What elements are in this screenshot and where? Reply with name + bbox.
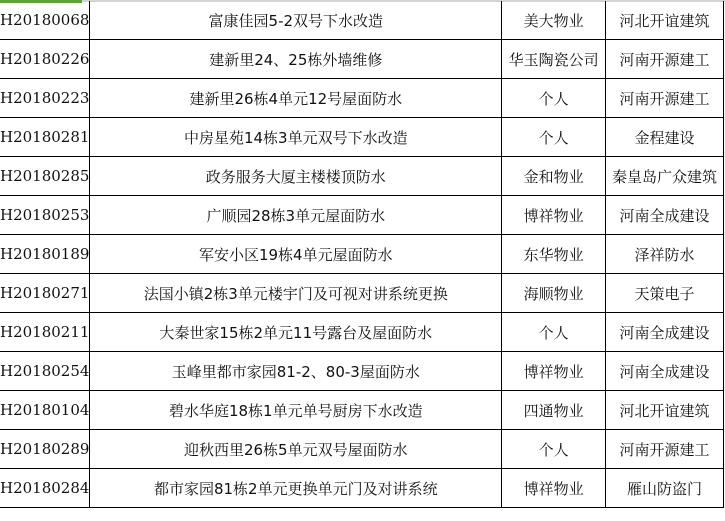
table-row: H20180189 军安小区19栋4单元屋面防水 东华物业 泽祥防水 [0, 235, 724, 274]
cell-contractor[interactable]: 河南全成建设 [606, 196, 724, 235]
cell-project-name[interactable]: 广顺园28栋3单元屋面防水 [90, 196, 502, 235]
cell-project-name[interactable]: 中房星苑14栋3单元双号下水改造 [90, 118, 502, 157]
cell-project-name[interactable]: 碧水华庭18栋1单元单号厨房下水改造 [90, 391, 502, 430]
cell-contractor[interactable]: 河北开谊建筑 [606, 391, 724, 430]
table-row: H20180104 碧水华庭18栋1单元单号厨房下水改造 四通物业 河北开谊建筑 [0, 391, 724, 430]
table-row: H20180211 大秦世家15栋2单元11号露台及屋面防水 个人 河南全成建设 [0, 313, 724, 352]
cell-project-name[interactable]: 大秦世家15栋2单元11号露台及屋面防水 [90, 313, 502, 352]
cell-project-id[interactable]: H20180068 [0, 1, 90, 40]
table-row: H20180281 中房星苑14栋3单元双号下水改造 个人 金程建设 [0, 118, 724, 157]
spreadsheet-body: H20180068 富康佳园5-2双号下水改造 美大物业 河北开谊建筑 H201… [0, 1, 724, 508]
cell-project-name[interactable]: 玉峰里都市家园81-2、80-3屋面防水 [90, 352, 502, 391]
cell-project-id[interactable]: H20180253 [0, 196, 90, 235]
cell-project-id[interactable]: H20180211 [0, 313, 90, 352]
table-row: H20180226 建新里24、25栋外墙维修 华玉陶瓷公司 河南开源建工 [0, 40, 724, 79]
cell-owner[interactable]: 个人 [502, 118, 606, 157]
table-row: H20180285 政务服务大厦主楼楼顶防水 金和物业 秦皇岛广众建筑 [0, 157, 724, 196]
cell-contractor[interactable]: 金程建设 [606, 118, 724, 157]
cell-project-id[interactable]: H20180254 [0, 352, 90, 391]
cell-project-name[interactable]: 法国小镇2栋3单元楼宇门及可视对讲系统更换 [90, 274, 502, 313]
cell-contractor[interactable]: 秦皇岛广众建筑 [606, 157, 724, 196]
cell-project-id[interactable]: H20180281 [0, 118, 90, 157]
cell-project-id[interactable]: H20180104 [0, 391, 90, 430]
table-row: H20180271 法国小镇2栋3单元楼宇门及可视对讲系统更换 海顺物业 天策电… [0, 274, 724, 313]
cell-project-name[interactable]: 迎秋西里26栋5单元双号屋面防水 [90, 430, 502, 469]
cell-contractor[interactable]: 河南全成建设 [606, 313, 724, 352]
table-row: H20180068 富康佳园5-2双号下水改造 美大物业 河北开谊建筑 [0, 1, 724, 40]
cell-contractor[interactable]: 天策电子 [606, 274, 724, 313]
table-row: H20180253 广顺园28栋3单元屋面防水 博祥物业 河南全成建设 [0, 196, 724, 235]
cell-project-id[interactable]: H20180223 [0, 79, 90, 118]
cell-contractor[interactable]: 河北开谊建筑 [606, 1, 724, 40]
table-row: H20180289 迎秋西里26栋5单元双号屋面防水 个人 河南开源建工 [0, 430, 724, 469]
cell-project-id[interactable]: H20180226 [0, 40, 90, 79]
cell-project-name[interactable]: 建新里24、25栋外墙维修 [90, 40, 502, 79]
cell-contractor[interactable]: 泽祥防水 [606, 235, 724, 274]
cell-project-name[interactable]: 政务服务大厦主楼楼顶防水 [90, 157, 502, 196]
table-row: H20180284 都市家园81栋2单元更换单元门及对讲系统 博祥物业 雁山防盗… [0, 469, 724, 508]
cell-contractor[interactable]: 河南开源建工 [606, 40, 724, 79]
cell-project-name[interactable]: 建新里26栋4单元12号屋面防水 [90, 79, 502, 118]
cell-project-id[interactable]: H20180271 [0, 274, 90, 313]
cell-owner[interactable]: 个人 [502, 313, 606, 352]
cell-owner[interactable]: 美大物业 [502, 1, 606, 40]
cell-project-id[interactable]: H20180285 [0, 157, 90, 196]
cell-owner[interactable]: 四通物业 [502, 391, 606, 430]
cell-project-id[interactable]: H20180189 [0, 235, 90, 274]
cell-owner[interactable]: 华玉陶瓷公司 [502, 40, 606, 79]
cell-owner[interactable]: 海顺物业 [502, 274, 606, 313]
cell-project-id[interactable]: H20180284 [0, 469, 90, 508]
cell-contractor[interactable]: 雁山防盗门 [606, 469, 724, 508]
cell-owner[interactable]: 金和物业 [502, 157, 606, 196]
cell-project-name[interactable]: 军安小区19栋4单元屋面防水 [90, 235, 502, 274]
cell-owner[interactable]: 个人 [502, 79, 606, 118]
cell-project-id[interactable]: H20180289 [0, 430, 90, 469]
cell-contractor[interactable]: 河南全成建设 [606, 352, 724, 391]
cell-owner[interactable]: 东华物业 [502, 235, 606, 274]
table-row: H20180223 建新里26栋4单元12号屋面防水 个人 河南开源建工 [0, 79, 724, 118]
cell-project-name[interactable]: 都市家园81栋2单元更换单元门及对讲系统 [90, 469, 502, 508]
cell-contractor[interactable]: 河南开源建工 [606, 79, 724, 118]
spreadsheet-table: H20180068 富康佳园5-2双号下水改造 美大物业 河北开谊建筑 H201… [0, 1, 724, 508]
table-row: H20180254 玉峰里都市家园81-2、80-3屋面防水 博祥物业 河南全成… [0, 352, 724, 391]
cell-project-name[interactable]: 富康佳园5-2双号下水改造 [90, 1, 502, 40]
cell-owner[interactable]: 博祥物业 [502, 196, 606, 235]
cell-owner[interactable]: 博祥物业 [502, 352, 606, 391]
cell-owner[interactable]: 博祥物业 [502, 469, 606, 508]
cell-contractor[interactable]: 河南开源建工 [606, 430, 724, 469]
cell-owner[interactable]: 个人 [502, 430, 606, 469]
